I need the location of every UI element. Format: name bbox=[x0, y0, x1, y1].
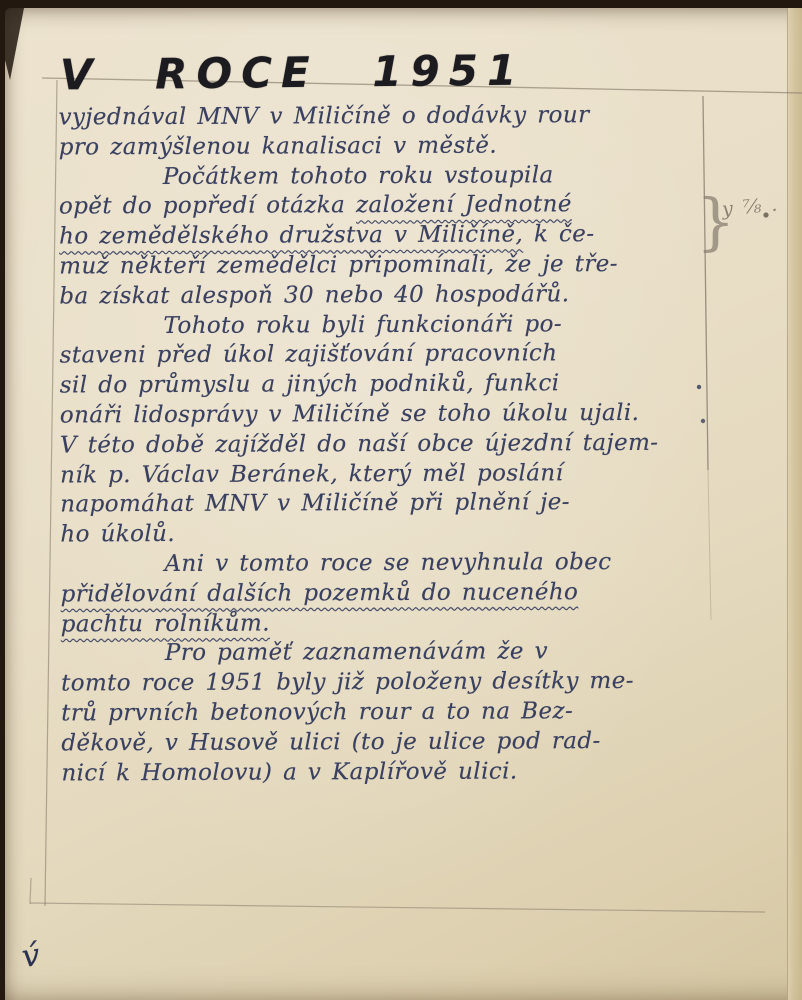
handwriting-line: muž někteří zemědělci připomínali, že je… bbox=[59, 250, 719, 283]
handwriting-line: ho zemědělského družstva v Miličíně, k č… bbox=[59, 220, 719, 253]
text-segment: Počátkem tohoto roku vstoupila bbox=[163, 162, 554, 190]
book-page-edge bbox=[787, 8, 802, 1000]
handwriting-line: tomto roce 1951 byly již položeny desítk… bbox=[61, 667, 721, 700]
handwriting-line: ba získat alespoň 30 nebo 40 hospodářů. bbox=[59, 279, 719, 312]
text-segment: sil do průmyslu a jiných podniků, funkci bbox=[60, 370, 560, 398]
handwriting-line: přidělování dalších pozemků do nuceného bbox=[61, 577, 721, 610]
handwriting-line: vyjednával MNV v Miličíně o dodávky rour bbox=[59, 101, 719, 134]
handwriting-line: onáři lidosprávy v Miličíně se toho úkol… bbox=[60, 399, 720, 432]
underlined-phrase: ho zemědělského družstva v Miličíně, bbox=[59, 222, 523, 250]
handwriting-line: nicí k Homolovu) a v Kaplířově ulici. bbox=[61, 756, 721, 789]
handwriting-line: ník p. Václav Beránek, který měl poslání bbox=[60, 458, 720, 491]
text-segment: opět do popředí otázka bbox=[59, 193, 356, 220]
text-segment: Pro paměť zaznamenávám že v bbox=[165, 639, 548, 667]
text-segment: ho úkolů. bbox=[60, 521, 175, 548]
handwriting-body: vyjednával MNV v Miličíně o dodávky rour… bbox=[59, 101, 722, 789]
page-title: V ROCE 1951 bbox=[60, 46, 526, 100]
text-segment: muž někteří zemědělci připomínali, že je… bbox=[59, 251, 618, 279]
handwriting-line: Pro paměť zaznamenávám že v bbox=[61, 637, 721, 670]
text-segment: tomto roce 1951 byly již položeny desítk… bbox=[61, 668, 634, 696]
underlined-phrase: přidělování dalších pozemků do nuceného bbox=[61, 579, 579, 607]
handwriting-line: Počátkem tohoto roku vstoupila bbox=[59, 160, 719, 193]
text-segment: děkově, v Husově ulici (to je ulice pod … bbox=[61, 728, 600, 756]
handwriting-line: V této době zajížděl do naší obce újezdn… bbox=[60, 428, 720, 461]
text-segment: onáři lidosprávy v Miličíně se toho úkol… bbox=[60, 400, 640, 429]
handwriting-line: trů prvních betonových rour a to na Bez- bbox=[61, 696, 721, 729]
handwriting-line: Ani v tomto roce se nevyhnula obec bbox=[60, 548, 720, 581]
text-segment: napomáhat MNV v Miličíně při plnění je- bbox=[60, 490, 570, 518]
handwriting-line: pro zamýšlenou kanalisaci v městě. bbox=[59, 130, 719, 163]
text-segment: ník p. Václav Beránek, který měl poslání bbox=[60, 460, 563, 488]
text-segment: V této době zajížděl do naší obce újezdn… bbox=[60, 430, 659, 459]
underlined-phrase: pachtu rolníkům. bbox=[61, 610, 270, 637]
text-segment: Tohoto roku byli funkcionáři po- bbox=[163, 311, 562, 339]
handwriting-line: sil do průmyslu a jiných podniků, funkci bbox=[60, 369, 720, 402]
text-segment: trů prvních betonových rour a to na Bez- bbox=[61, 698, 573, 726]
handwriting-line: ho úkolů. bbox=[60, 518, 720, 551]
text-segment: vyjednával MNV v Miličíně o dodávky rour bbox=[59, 102, 590, 130]
text-segment: pro zamýšlenou kanalisaci v městě. bbox=[59, 132, 497, 160]
handwriting-line: Tohoto roku byli funkcionáři po- bbox=[59, 309, 719, 342]
text-segment: staveni před úkol zajišťování pracovních bbox=[60, 341, 558, 369]
handwriting-line: opět do popředí otázka založení Jednotné bbox=[59, 190, 719, 223]
handwriting-line: děkově, v Husově ulici (to je ulice pod … bbox=[61, 726, 721, 759]
handwriting-line: pachtu rolníkům. bbox=[61, 607, 721, 640]
text-segment: ba získat alespoň 30 nebo 40 hospodářů. bbox=[59, 281, 569, 309]
handwriting-line: napomáhat MNV v Miličíně při plnění je- bbox=[60, 488, 720, 521]
text-segment: nicí k Homolovu) a v Kaplířově ulici. bbox=[61, 758, 517, 786]
text-segment: Ani v tomto roce se nevyhnula obec bbox=[164, 549, 611, 577]
text-segment: k če- bbox=[523, 221, 594, 247]
underlined-phrase: založení Jednotné bbox=[356, 192, 572, 219]
handwriting-line: staveni před úkol zajišťování pracovních bbox=[60, 339, 720, 372]
